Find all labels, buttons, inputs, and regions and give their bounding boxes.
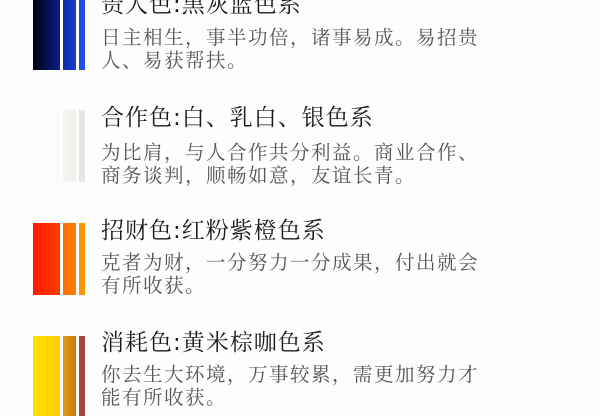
section-description: 日主相生，事半功倍，诸事易成。易招贵 人、易获帮扶。 bbox=[101, 27, 581, 72]
section-description: 克者为财，一分努力一分成果，付出就会 有所收获。 bbox=[101, 252, 581, 297]
swatch-bar-orange bbox=[63, 223, 76, 295]
swatch-bar-brown bbox=[79, 336, 85, 400]
swatch-bar-silver bbox=[79, 110, 85, 182]
swatch-bar-cream bbox=[63, 110, 76, 182]
swatch-bar-amber bbox=[79, 223, 85, 295]
description-line: 能有所收获。 bbox=[101, 387, 581, 401]
section-title: 贵人色:黑灰蓝色系 bbox=[101, 0, 302, 19]
section-title: 招财色:红粉紫橙色系 bbox=[101, 217, 326, 245]
swatch-bar-light bbox=[79, 0, 85, 70]
description-line: 商务谈判，顺畅如意，友谊长青。 bbox=[101, 165, 581, 188]
swatch-bar-yellow bbox=[33, 336, 60, 400]
color-swatch-white-silver bbox=[33, 110, 87, 182]
section-description: 为比肩，与人合作共分利益。商业合作、 商务谈判，顺畅如意，友谊长青。 bbox=[101, 142, 581, 187]
swatch-bar-tan bbox=[63, 336, 76, 400]
swatch-bar-dark bbox=[33, 0, 60, 70]
description-line: 人、易获帮扶。 bbox=[101, 50, 581, 73]
swatch-bar-mid bbox=[63, 0, 76, 70]
description-line: 克者为财，一分努力一分成果，付出就会 bbox=[101, 252, 581, 275]
description-line: 你去生大环境，万事较累，需更加努力才 bbox=[101, 364, 581, 387]
section-title: 合作色:白、乳白、银色系 bbox=[101, 104, 374, 132]
color-swatch-yellow-brown bbox=[33, 336, 87, 400]
description-line: 为比肩，与人合作共分利益。商业合作、 bbox=[101, 142, 581, 165]
color-swatch-black-blue bbox=[33, 0, 87, 70]
swatch-bar-white bbox=[33, 110, 60, 182]
section-title: 消耗色:黄米棕咖色系 bbox=[101, 329, 326, 357]
swatch-bar-red bbox=[33, 223, 60, 295]
section-description: 你去生大环境，万事较累，需更加努力才 能有所收获。 bbox=[101, 364, 581, 400]
description-line: 日主相生，事半功倍，诸事易成。易招贵 bbox=[101, 27, 581, 50]
description-line: 有所收获。 bbox=[101, 275, 581, 298]
color-swatch-red-orange bbox=[33, 223, 87, 295]
